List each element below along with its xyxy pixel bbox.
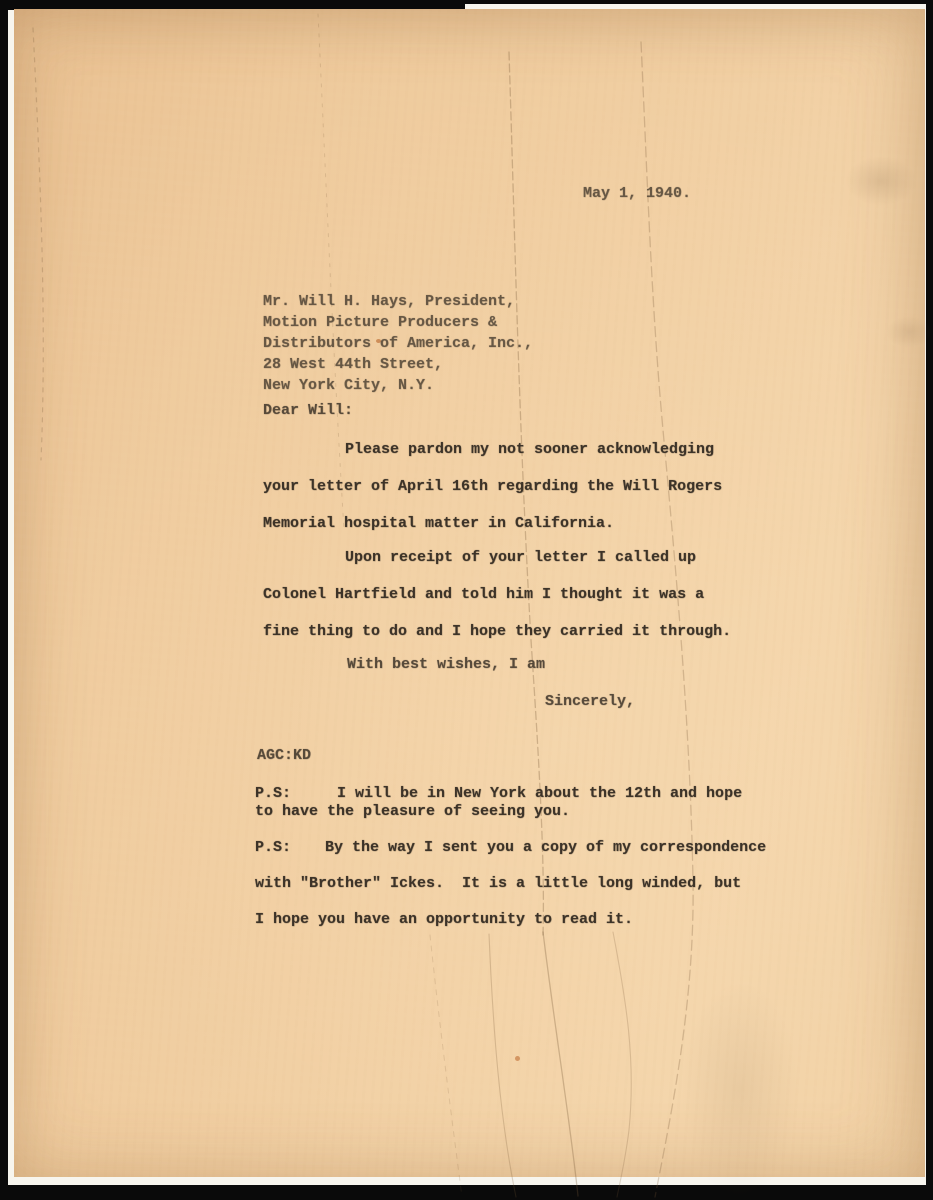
body-line: Colonel Hartfield and told him I thought… bbox=[263, 586, 704, 604]
recipient-org-line: Motion Picture Producers & bbox=[263, 314, 497, 332]
salutation: Dear Will: bbox=[263, 402, 353, 420]
recipient-street-line: 28 West 44th Street, bbox=[263, 356, 443, 374]
reference-initials: AGC:KD bbox=[257, 747, 311, 765]
postscript-label: P.S: bbox=[255, 839, 291, 857]
signoff: Sincerely, bbox=[545, 693, 635, 711]
postscript-label: P.S: bbox=[255, 785, 291, 803]
recipient-name-line: Mr. Will H. Hays, President, bbox=[263, 293, 515, 311]
scanned-letter-page: May 1, 1940. Mr. Will H. Hays, President… bbox=[0, 0, 933, 1200]
letter-date: May 1, 1940. bbox=[583, 185, 691, 203]
body-line: Memorial hospital matter in California. bbox=[263, 515, 614, 533]
closing-line: With best wishes, I am bbox=[347, 656, 545, 674]
recipient-org-line2: Distributors of America, Inc., bbox=[263, 335, 533, 353]
body-line: Upon receipt of your letter I called up bbox=[345, 549, 696, 567]
body-line: Please pardon my not sooner acknowledgin… bbox=[345, 441, 714, 459]
postscript-line: with "Brother" Ickes. It is a little lon… bbox=[255, 875, 741, 893]
postscript-line: to have the pleasure of seeing you. bbox=[255, 803, 570, 821]
body-line: fine thing to do and I hope they carried… bbox=[263, 623, 731, 641]
postscript-line: I will be in New York about the 12th and… bbox=[337, 785, 742, 803]
recipient-city-line: New York City, N.Y. bbox=[263, 377, 434, 395]
postscript-line: By the way I sent you a copy of my corre… bbox=[325, 839, 766, 857]
postscript-line: I hope you have an opportunity to read i… bbox=[255, 911, 633, 929]
body-line: your letter of April 16th regarding the … bbox=[263, 478, 722, 496]
